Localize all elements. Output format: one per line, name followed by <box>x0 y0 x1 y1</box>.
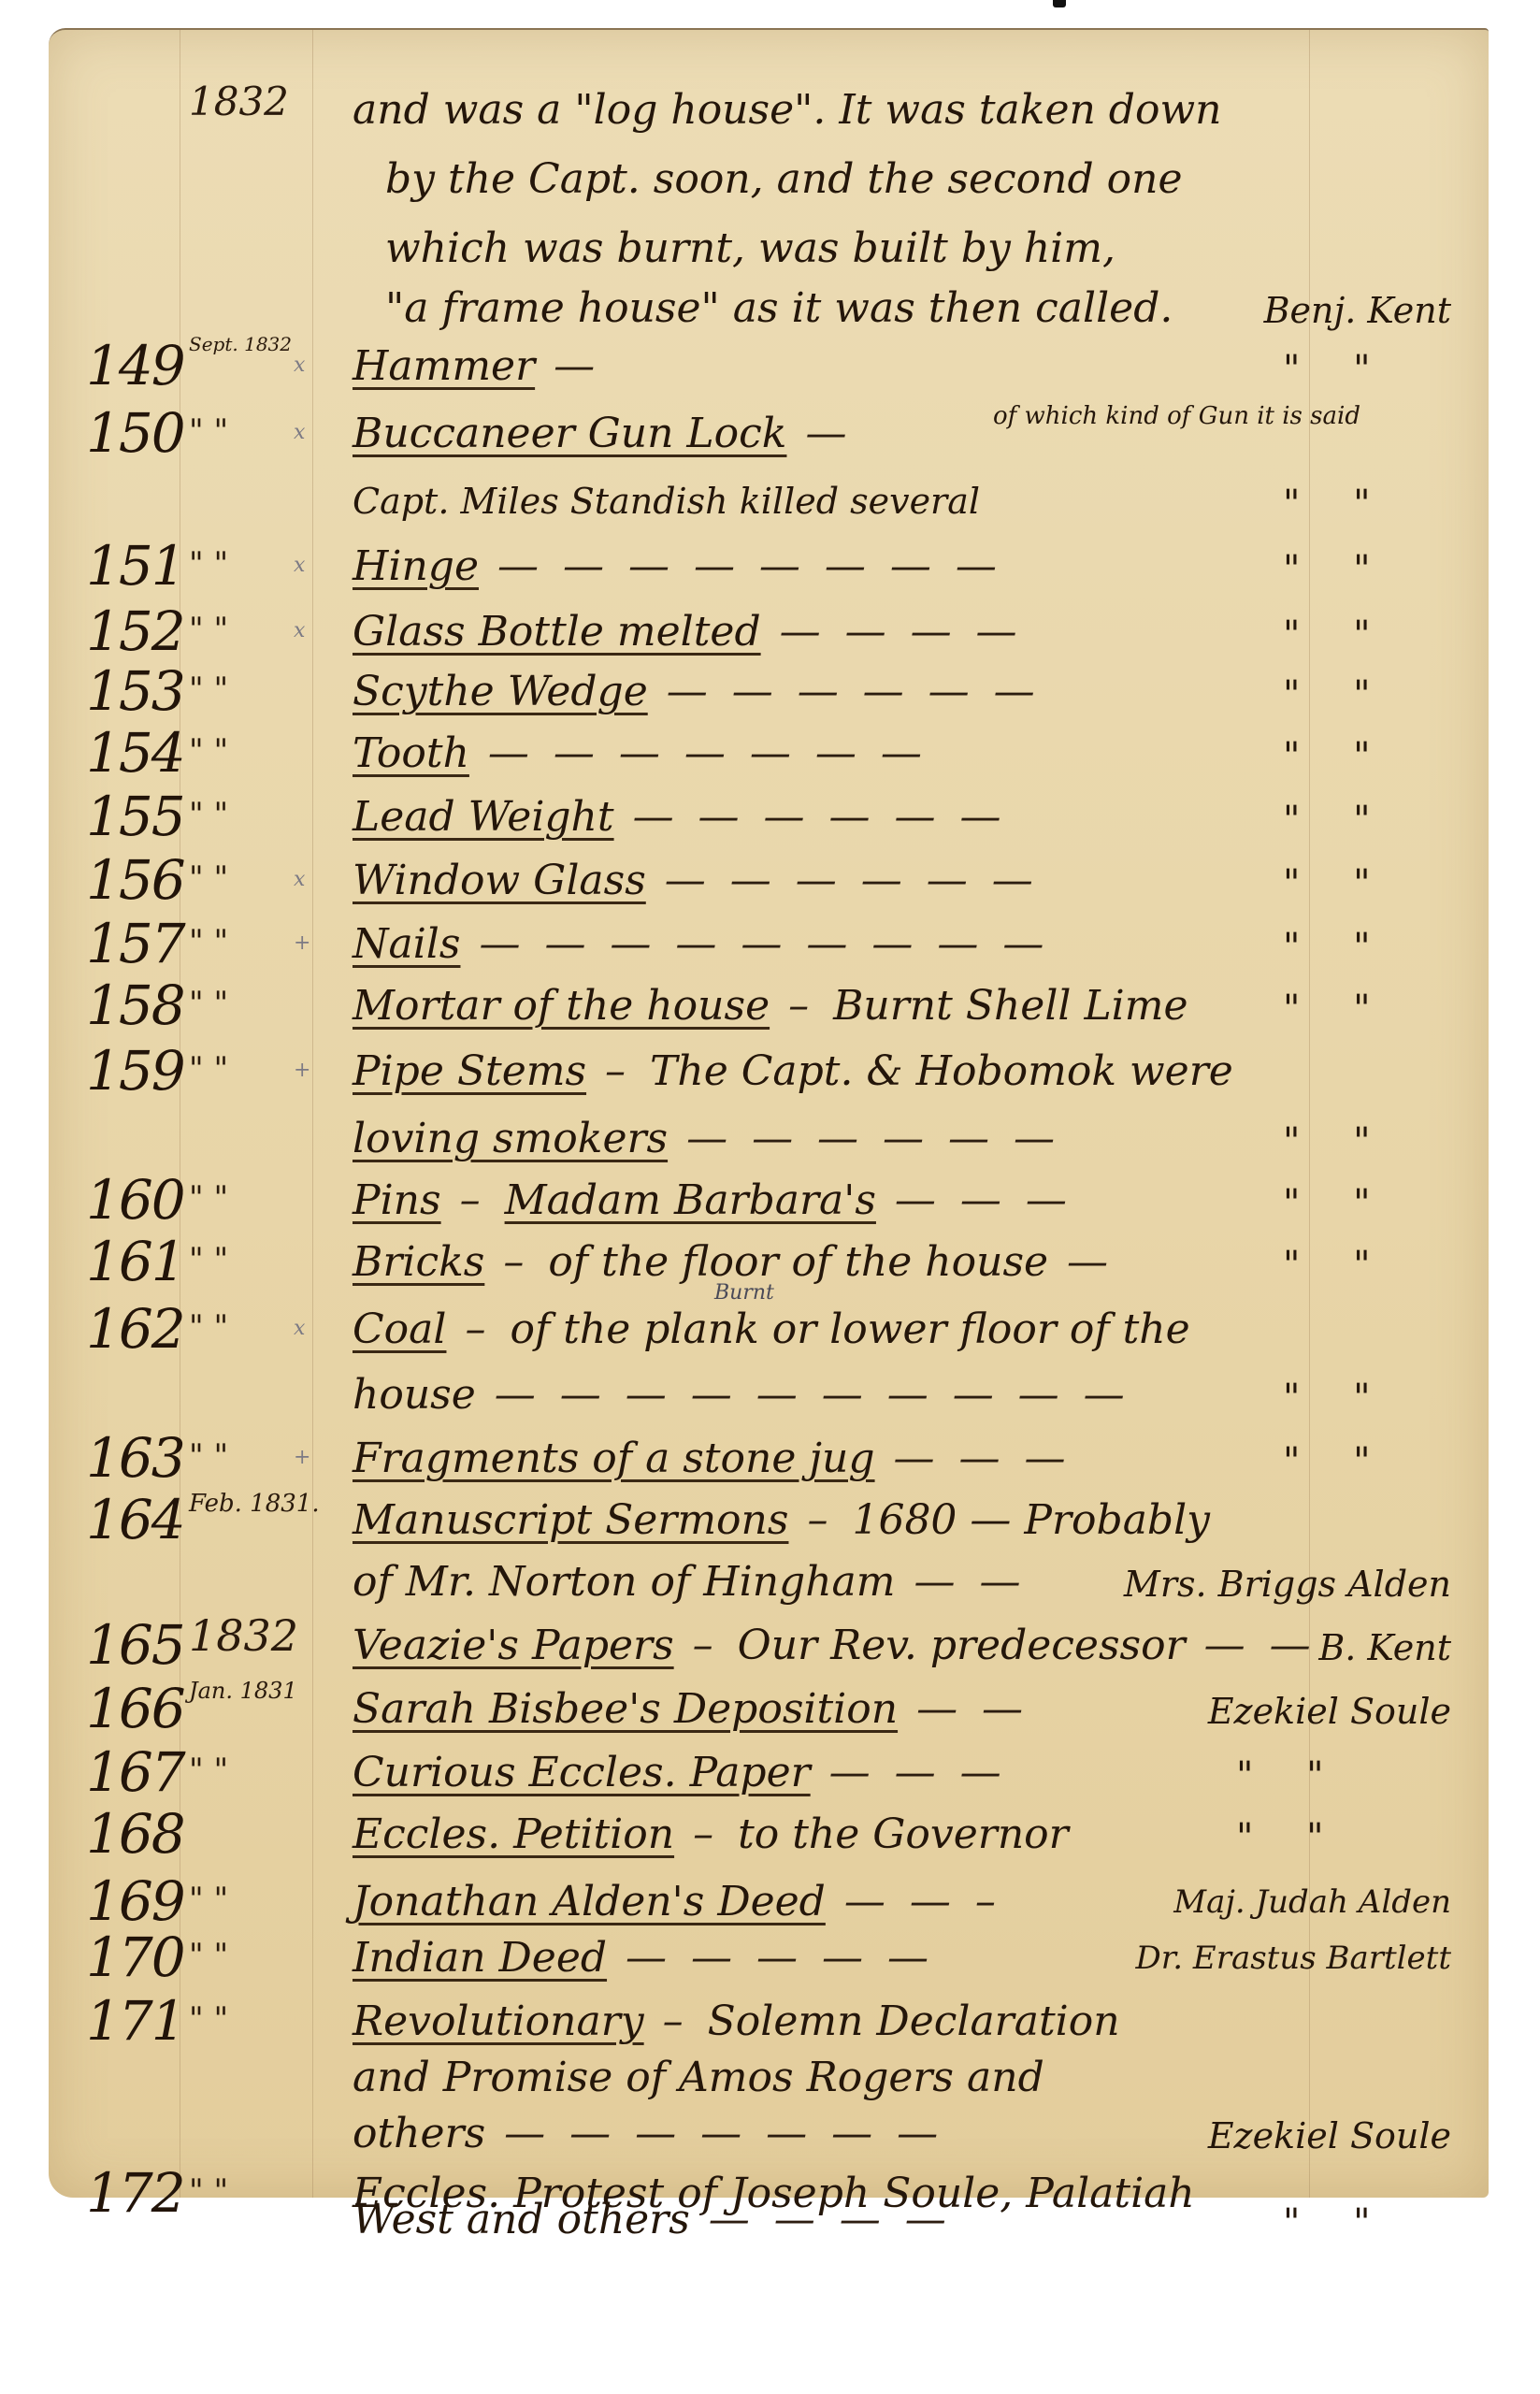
entry-date: " " <box>189 413 228 449</box>
item-note: Burnt Shell Lime <box>833 982 1187 1030</box>
entry-number: 155 <box>86 789 184 844</box>
ledger-entry: 166 Jan. 1831 Sarah Bisbee's Deposition … <box>49 1674 1489 1739</box>
ledger-entry-continuation: loving smokers — — — — — — " " <box>49 1103 1489 1169</box>
check-mark: x <box>294 1317 305 1340</box>
item-note: Madam Barbara's <box>505 1176 876 1224</box>
donor-name: Mrs. Briggs Alden <box>1124 1564 1451 1605</box>
item-note: of Mr. Norton of Hingham <box>353 1558 896 1606</box>
entry-date: " " <box>189 546 228 582</box>
check-mark: + <box>294 931 310 955</box>
entry-number: 171 <box>86 1994 184 2048</box>
donor-ditto: " " <box>1283 926 1391 969</box>
entry-date: " " <box>189 1882 228 1917</box>
item-note: others <box>353 2110 485 2157</box>
header-text: which was burnt, was built by him, <box>385 224 1115 273</box>
item-name: Curious Eccles. Paper <box>353 1749 811 1796</box>
check-mark: x <box>294 619 305 642</box>
ledger-entry: 165 1832 Veazie's Papers – Our Rev. pred… <box>49 1610 1489 1676</box>
entry-date: " " <box>189 671 228 707</box>
entry-date: " " <box>189 2001 228 2037</box>
entry-number: 163 <box>86 1431 184 1485</box>
entry-number: 162 <box>86 1302 184 1356</box>
header-line-1: 1832 and was a "log house". It was taken… <box>49 75 1489 140</box>
item-name: Pins <box>353 1176 441 1224</box>
entry-date: 1832 <box>189 1618 298 1653</box>
entry-number: 156 <box>86 853 184 907</box>
header-text: and was a "log house". It was taken down <box>353 86 1221 135</box>
entry-number: 154 <box>86 726 184 780</box>
item-note: and Promise of Amos Rogers and <box>353 2054 1044 2102</box>
donor-ditto: " " <box>1283 862 1391 905</box>
item-note: to the Governor <box>738 1810 1069 1858</box>
item-name: Sarah Bisbee's Deposition <box>353 1685 898 1733</box>
item-note: of the floor of the house <box>548 1238 1048 1286</box>
header-text: "a frame house" as it was then called. <box>385 284 1173 333</box>
entry-number: 158 <box>86 978 184 1032</box>
item-name: Nails <box>353 920 460 968</box>
donor-ditto: " " <box>1283 2201 1391 2244</box>
entry-number: 153 <box>86 664 184 718</box>
ledger-entry: 164 Feb. 1831. Manuscript Sermons – 1680… <box>49 1485 1489 1550</box>
ledger-entry: 157 " " + Nails — — — — — — — — — " " <box>49 909 1489 974</box>
ledger-entry: 168 Eccles. Petition – to the Governor "… <box>49 1799 1489 1865</box>
entry-number: 167 <box>86 1745 184 1799</box>
check-mark: x <box>294 421 305 444</box>
item-note: Capt. Miles Standish killed several <box>353 477 980 526</box>
header-line-4: "a frame house" as it was then called. B… <box>49 273 1489 339</box>
entry-number: 172 <box>86 2166 184 2220</box>
donor-ditto: " " <box>1283 735 1391 778</box>
item-name: Eccles. Petition <box>353 1810 674 1858</box>
ledger-entry: 163 " " + Fragments of a stone jug — — —… <box>49 1423 1489 1489</box>
entry-date: " " <box>189 1309 228 1345</box>
entry-number: 160 <box>86 1173 184 1227</box>
entry-date: " " <box>189 2173 228 2209</box>
entry-number: 161 <box>86 1234 184 1289</box>
ledger-entry: 153 " " Scythe Wedge — — — — — — " " <box>49 656 1489 722</box>
donor-ditto: " " <box>1283 1377 1391 1420</box>
entry-number: 149 <box>86 339 184 393</box>
donor-name: Ezekiel Soule <box>1208 1691 1451 1732</box>
item-note: 1680 — Probably <box>852 1496 1210 1544</box>
donor-ditto: " " <box>1236 1816 1345 1859</box>
entry-date: " " <box>189 860 228 896</box>
entry-date: " " <box>189 612 228 647</box>
ledger-entry: 152 " " x Glass Bottle melted — — — — " … <box>49 597 1489 662</box>
ledger-entry: 154 " " Tooth — — — — — — — " " <box>49 718 1489 784</box>
item-name: Hammer <box>353 342 535 390</box>
entry-number: 169 <box>86 1874 184 1928</box>
entry-date: " " <box>189 1180 228 1216</box>
ledger-entry: 162 " " x Burnt Coal – of the plank or l… <box>49 1294 1489 1360</box>
header-line-3: which was burnt, was built by him, <box>49 213 1489 279</box>
ledger-entry: 159 " " + Pipe Stems – The Capt. & Hobom… <box>49 1036 1489 1102</box>
header-line-2: by the Capt. soon, and the second one <box>49 144 1489 209</box>
entry-number: 166 <box>86 1681 184 1736</box>
ledger-entry: 170 " " Indian Deed — — — — — Dr. Erastu… <box>49 1923 1489 1988</box>
item-name: Pipe Stems <box>353 1047 586 1095</box>
item-name: Tooth <box>353 729 469 777</box>
item-name: Hinge <box>353 542 479 590</box>
donor-ditto: " " <box>1283 548 1391 591</box>
check-mark: x <box>294 868 305 891</box>
ledger-entry-continuation: of Mr. Norton of Hingham — — Mrs. Briggs… <box>49 1547 1489 1612</box>
ledger-entry: 167 " " Curious Eccles. Paper — — — " " <box>49 1738 1489 1803</box>
ledger-entry: 151 " " x Hinge — — — — — — — — " " <box>49 531 1489 597</box>
entry-number: 164 <box>86 1493 184 1547</box>
entry-number: 165 <box>86 1618 184 1672</box>
item-name: Glass Bottle melted <box>353 608 761 656</box>
check-mark: + <box>294 1446 310 1469</box>
donor-name: Dr. Erastus Bartlett <box>1136 1940 1452 1977</box>
entry-date: " " <box>189 986 228 1021</box>
check-mark: + <box>294 1059 310 1082</box>
ledger-entry: 160 " " Pins – Madam Barbara's — — — " " <box>49 1165 1489 1231</box>
donor-ditto: " " <box>1283 673 1391 716</box>
item-name: Manuscript Sermons <box>353 1496 788 1544</box>
item-note: The Capt. & Hobomok were <box>650 1047 1233 1095</box>
entry-date: " " <box>189 1752 228 1788</box>
entry-number: 151 <box>86 539 184 593</box>
ledger-entry: 150 " " x Buccaneer Gun Lock — of which … <box>49 398 1489 464</box>
item-name: Revolutionary <box>353 1997 644 2045</box>
ledger-entry-continuation: others — — — — — — — Ezekiel Soule <box>49 2098 1489 2164</box>
entry-date: Jan. 1831 <box>189 1681 297 1700</box>
item-name: Lead Weight <box>353 793 614 841</box>
entry-number: 168 <box>86 1807 184 1861</box>
inserted-word: Burnt <box>714 1281 774 1305</box>
entry-date: " " <box>189 733 228 769</box>
ledger-entry: 172 " " Eccles. Protest of Joseph Soule,… <box>49 2158 1489 2196</box>
item-name: Jonathan Alden's Deed <box>353 1878 826 1925</box>
entry-date: Feb. 1831. <box>189 1494 320 1513</box>
ledger-entry: 149 Sept. 1832 x Hammer — " " <box>49 331 1489 397</box>
ledger-entry-continuation: West and others — — — — " " <box>49 2216 1489 2282</box>
item-name: Window Glass <box>353 857 646 904</box>
ledger-entry-continuation: house — — — — — — — — — — " " <box>49 1360 1489 1425</box>
ledger-entry-continuation: Capt. Miles Standish killed several " " <box>49 466 1489 531</box>
item-note: loving smokers <box>353 1115 668 1162</box>
item-name: Veazie's Papers <box>353 1622 674 1669</box>
donor-ditto: " " <box>1283 1120 1391 1163</box>
check-mark: x <box>294 353 305 377</box>
donor-ditto: " " <box>1283 1440 1391 1483</box>
cropped-text-fragment <box>1053 0 1066 7</box>
entry-number: 159 <box>86 1044 184 1098</box>
item-note: of the plank or lower floor of the <box>510 1305 1189 1353</box>
check-mark: x <box>294 554 305 577</box>
entry-date: " " <box>189 1438 228 1474</box>
entry-number: 150 <box>86 406 184 460</box>
entry-date: " " <box>189 1051 228 1087</box>
donor-ditto: " " <box>1283 799 1391 842</box>
entry-number: 152 <box>86 604 184 658</box>
item-name: Fragments of a stone jug <box>353 1435 875 1482</box>
ledger-entry: 158 " " Mortar of the house – Burnt Shel… <box>49 971 1489 1036</box>
item-note: Solemn Declaration <box>708 1997 1120 2045</box>
ledger-entry: 155 " " Lead Weight — — — — — — " " <box>49 782 1489 847</box>
ledger-page: 1832 and was a "log house". It was taken… <box>49 28 1489 2198</box>
item-note: house <box>353 1371 476 1419</box>
ledger-entry: 156 " " x Window Glass — — — — — — " " <box>49 845 1489 911</box>
donor-ditto: " " <box>1283 613 1391 656</box>
entry-number: 170 <box>86 1930 184 1984</box>
donor-ditto: " " <box>1283 483 1391 526</box>
donor-ditto: " " <box>1283 348 1391 391</box>
donor-ditto: " " <box>1283 1244 1391 1287</box>
item-name: Bricks <box>353 1238 484 1286</box>
item-name: Coal <box>353 1305 446 1353</box>
item-name: Indian Deed <box>353 1934 607 1982</box>
donor-name: Benj. Kent <box>1264 290 1451 331</box>
entry-number: 157 <box>86 916 184 971</box>
item-note: Our Rev. predecessor <box>738 1622 1186 1669</box>
item-note: of which kind of Gun it is said <box>993 402 1360 430</box>
entry-date: " " <box>189 1242 228 1277</box>
item-name: Buccaneer Gun Lock <box>353 410 786 457</box>
donor-name: Ezekiel Soule <box>1208 2115 1451 2156</box>
item-name: Scythe Wedge <box>353 668 648 715</box>
donor-ditto: " " <box>1283 988 1391 1031</box>
header-text: by the Capt. soon, and the second one <box>385 155 1183 204</box>
item-note: West and others <box>353 2196 690 2243</box>
header-year: 1832 <box>189 84 289 120</box>
entry-date: " " <box>189 924 228 959</box>
donor-name: Maj. Judah Alden <box>1173 1883 1451 1921</box>
entry-date: " " <box>189 797 228 832</box>
donor-name: B. Kent <box>1318 1627 1451 1668</box>
item-name: Mortar of the house <box>353 982 770 1030</box>
donor-ditto: " " <box>1283 1182 1391 1225</box>
donor-ditto: " " <box>1236 1754 1345 1797</box>
entry-date: Sept. 1832 <box>189 335 292 353</box>
entry-date: " " <box>189 1938 228 1973</box>
